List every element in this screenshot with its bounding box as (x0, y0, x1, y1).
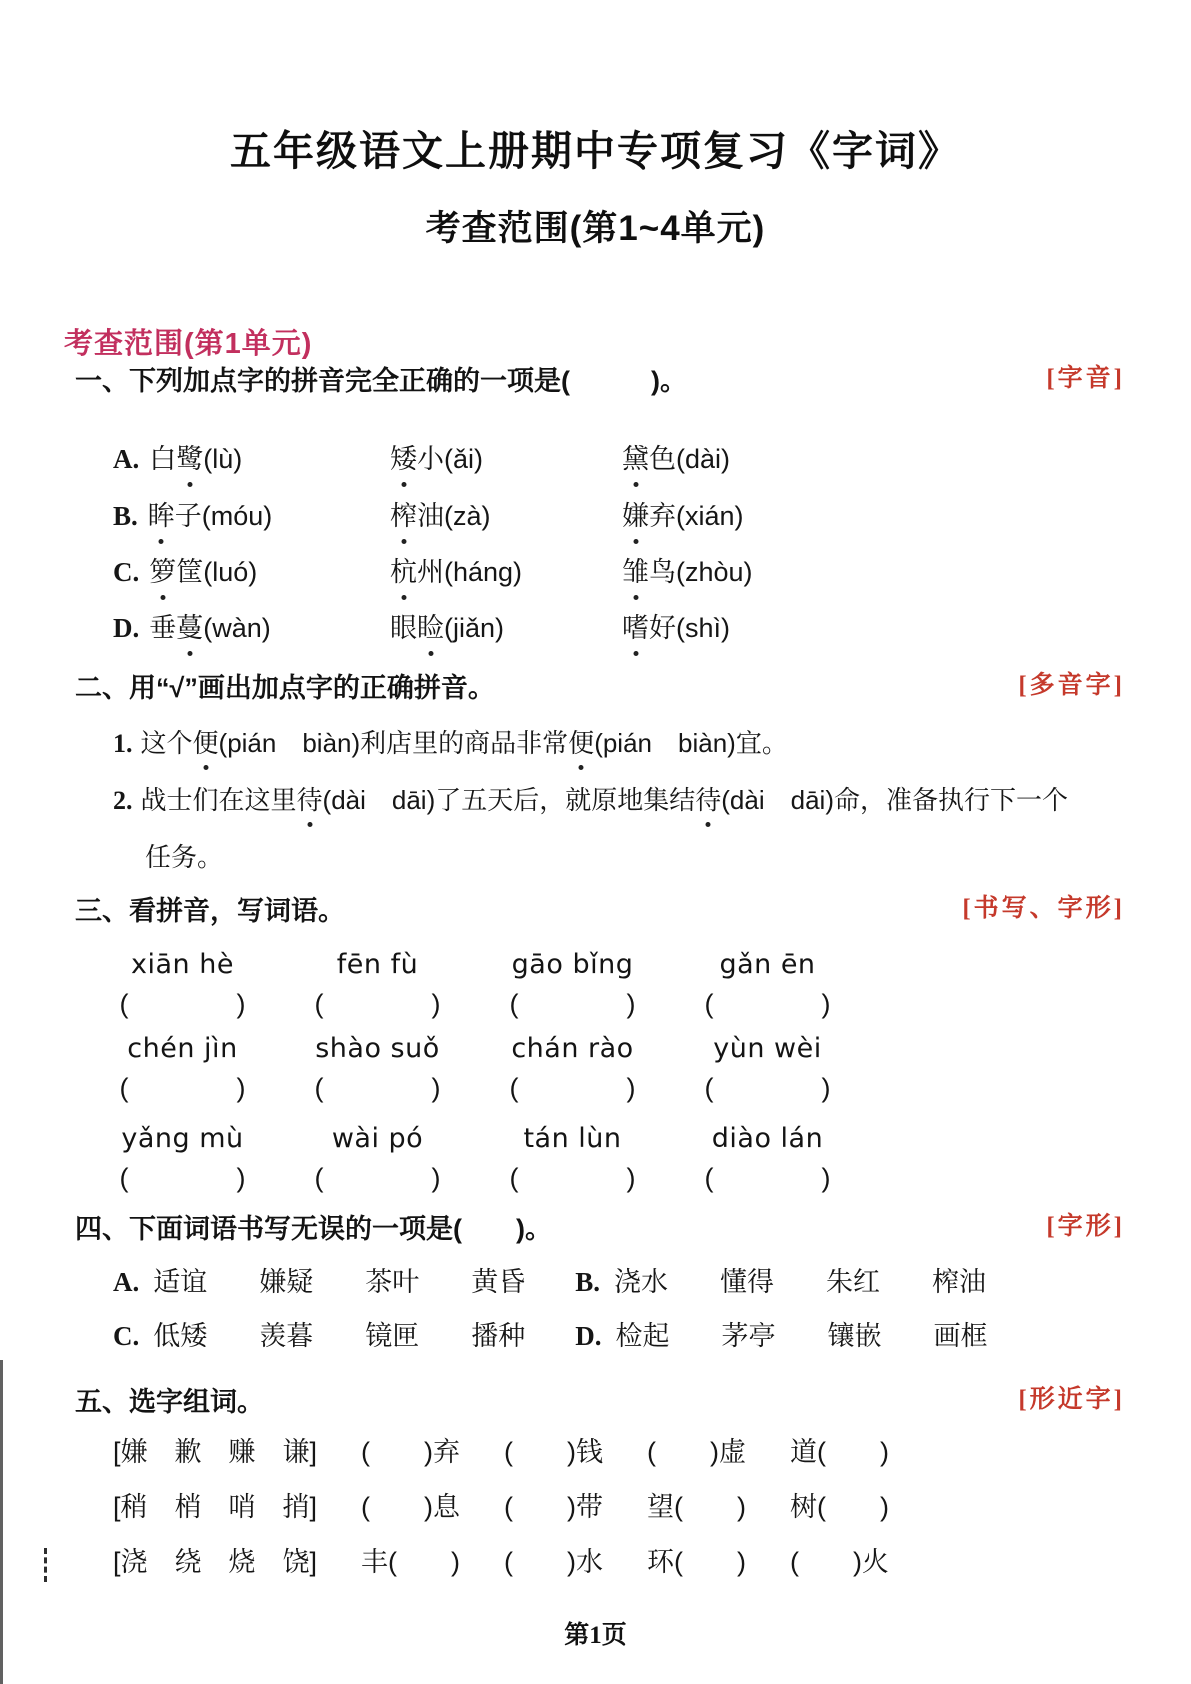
q1-cell: 榨油(zà) (390, 500, 622, 534)
option-label: C. (113, 1321, 139, 1351)
word: 黄昏 (471, 1267, 525, 1297)
option-label: D. (575, 1321, 601, 1351)
fill-blank: ( )息 (361, 1492, 460, 1522)
pinyin-label: diào lán (670, 1122, 865, 1156)
dotted-hanzi: 雏 (622, 556, 649, 590)
q5-row-2: [稍 梢 哨 捎]( )息( )带望( )树( ) (113, 1491, 889, 1525)
word: 低矮 (153, 1321, 207, 1351)
fill-blank: 环( ) (647, 1547, 746, 1577)
q4-tag: [字形] (1046, 1211, 1125, 1242)
word: 播种 (471, 1321, 525, 1351)
pinyin-label: yǎng mù (85, 1122, 280, 1156)
word: 榨油 (932, 1267, 986, 1297)
word: 适谊 (153, 1267, 207, 1297)
pinyin-answer-cell: xiān hè( ) (85, 948, 280, 1022)
q2-sentence-2: 2.战士们在这里待(dài dāi)了五天后，就原地集结待(dài dāi)命，… (113, 784, 1153, 818)
q1-cell: 眼睑(jiǎn) (390, 612, 622, 646)
pinyin-label: gāo bǐng (475, 948, 670, 982)
hanzi: 白 (149, 444, 176, 474)
dotted-hanzi: 矮 (390, 443, 417, 477)
word: 镶嵌 (828, 1321, 882, 1351)
fill-blank: 望( ) (647, 1492, 746, 1522)
q4-option-row-cd: C.低矮羡暮镜匣播种D.检起茅亭镶嵌画框 (113, 1320, 988, 1354)
pinyin-answer-cell: chén jìn( ) (85, 1032, 280, 1106)
dotted-hanzi: 嗜 (622, 612, 649, 646)
q1-cell: 矮小(ǎi) (390, 443, 622, 477)
answer-blank: ( ) (670, 1072, 865, 1106)
pinyin-answer-cell: tán lùn( ) (475, 1122, 670, 1196)
q3-stem: 三、看拼音，写词语。 (75, 895, 345, 929)
hanzi-pinyin: 油(zà) (417, 501, 491, 531)
q2-sentence-1: 1.这个便(pián biàn)利店里的商品非常便(pián biàn)宜。 (113, 727, 1153, 761)
q3-tag: [书写、字形] (962, 893, 1125, 924)
q2-tag: [多音字] (1018, 670, 1125, 701)
sentence-text: (dài dāi)了五天后，就原地集结 (323, 785, 696, 815)
option-label: D. (113, 613, 139, 643)
pinyin-answer-cell: fēn fù( ) (280, 948, 475, 1022)
page-number: 第1页 (0, 1620, 1191, 1651)
hanzi-pinyin: 鸟(zhòu) (649, 557, 753, 587)
q1-tag: [字音] (1046, 363, 1125, 394)
q1-option-row-b: B.眸子(móu) 榨油(zà) 嫌弃(xián) (113, 500, 744, 534)
word: 羡暮 (259, 1321, 313, 1351)
fill-blank: ( )火 (790, 1547, 889, 1577)
answer-blank: ( ) (85, 988, 280, 1022)
pinyin-answer-cell: yùn wèi( ) (670, 1032, 865, 1106)
fill-blank: ( )带 (504, 1492, 603, 1522)
answer-blank: ( ) (475, 988, 670, 1022)
dotted-hanzi: 榨 (390, 500, 417, 534)
pinyin-label: gǎn ēn (670, 948, 865, 982)
fill-blank: ( )水 (504, 1547, 603, 1577)
option-label: A. (113, 444, 139, 474)
option-label: B. (113, 501, 138, 531)
pinyin-label: tán lùn (475, 1122, 670, 1156)
answer-blank: ( ) (670, 1162, 865, 1196)
option-label: C. (113, 557, 139, 587)
q5-row-3: [浇 绕 烧 饶]丰( )( )水环( )( )火 (113, 1546, 889, 1580)
dotted-hanzi: 待 (297, 784, 323, 817)
pinyin-answer-cell: chán rào( ) (475, 1032, 670, 1106)
dotted-hanzi: 鹭 (176, 443, 203, 477)
pinyin-answer-cell: diào lán( ) (670, 1122, 865, 1196)
pinyin-answer-cell: yǎng mù( ) (85, 1122, 280, 1196)
fill-blank: ( )钱 (504, 1437, 603, 1467)
dotted-hanzi: 便 (193, 727, 219, 760)
hanzi-pinyin: 弃(xián) (649, 501, 744, 531)
q3-row-2: chén jìn( ) shào suǒ( ) chán rào( ) yùn … (85, 1032, 865, 1106)
dotted-hanzi: 便 (568, 727, 594, 760)
answer-blank: ( ) (670, 988, 865, 1022)
pinyin-answer-cell: gǎn ēn( ) (670, 948, 865, 1022)
pinyin-label: wài pó (280, 1122, 475, 1156)
fill-blank: 道( ) (790, 1437, 889, 1467)
pinyin-label: xiān hè (85, 948, 280, 982)
q1-cell: 雏鸟(zhòu) (622, 556, 753, 590)
sentence-number: 2. (113, 786, 133, 815)
q3-row-3: yǎng mù( ) wài pó( ) tán lùn( ) diào lán… (85, 1122, 865, 1196)
q5-tag: [形近字] (1018, 1384, 1125, 1415)
q1-option-row-d: D.垂蔓(wàn) 眼睑(jiǎn) 嗜好(shì) (113, 612, 730, 646)
fill-blank: ( )虚 (647, 1437, 746, 1467)
option-label: B. (575, 1267, 600, 1297)
q1-cell: 杭州(háng) (390, 556, 622, 590)
q1-cell: D.垂蔓(wàn) (113, 612, 390, 646)
hanzi-pinyin: (jiǎn) (444, 613, 504, 643)
dotted-hanzi: 待 (695, 784, 721, 817)
hanzi: 眼 (390, 613, 417, 643)
word: 检起 (616, 1321, 670, 1351)
q5-row-1: [嫌 歉 赚 谦]( )弃( )钱( )虚道( ) (113, 1436, 889, 1470)
word: 镜匣 (365, 1321, 419, 1351)
answer-blank: ( ) (85, 1162, 280, 1196)
word: 嫌疑 (259, 1267, 313, 1297)
pinyin-answer-cell: gāo bǐng( ) (475, 948, 670, 1022)
sentence-number: 1. (113, 729, 133, 758)
hanzi-pinyin: 色(dài) (649, 444, 730, 474)
answer-blank: ( ) (85, 1072, 280, 1106)
sentence-text: (pián biàn)宜。 (594, 728, 788, 758)
q4-stem: 四、下面词语书写无误的一项是( )。 (75, 1213, 552, 1247)
section-header: 考查范围(第1单元) (64, 326, 312, 362)
character-choices: [稍 梢 哨 捎] (113, 1491, 313, 1525)
word: 茶叶 (365, 1267, 419, 1297)
character-choices: [嫌 歉 赚 谦] (113, 1436, 313, 1470)
dotted-hanzi: 睑 (417, 612, 444, 646)
pinyin-label: chán rào (475, 1032, 670, 1066)
q1-option-row-a: A.白鹭(lù) 矮小(ǎi) 黛色(dài) (113, 443, 730, 477)
word: 朱红 (826, 1267, 880, 1297)
word: 画框 (934, 1321, 988, 1351)
margin-dash-artifact (44, 1548, 47, 1582)
word: 浇水 (614, 1267, 668, 1297)
q1-cell: 嗜好(shì) (622, 612, 730, 646)
sentence-text: (dài dāi)命，准备执行下一个 (721, 785, 1068, 815)
pinyin-label: fēn fù (280, 948, 475, 982)
sentence-text: 战士们在这里 (141, 785, 297, 815)
dotted-hanzi: 黛 (622, 443, 649, 477)
q1-cell: B.眸子(móu) (113, 500, 390, 534)
answer-blank: ( ) (475, 1162, 670, 1196)
q2-stem: 二、用“√”画出加点字的正确拼音。 (75, 672, 495, 706)
answer-blank: ( ) (280, 988, 475, 1022)
dotted-hanzi: 眸 (148, 500, 175, 534)
sentence-text: 这个 (141, 728, 193, 758)
answer-blank: ( ) (280, 1072, 475, 1106)
dotted-hanzi: 箩 (149, 556, 176, 590)
character-choices: [浇 绕 烧 饶] (113, 1546, 313, 1580)
sentence-text: (pián biàn)利店里的商品非常 (219, 728, 569, 758)
fill-blank: 树( ) (790, 1492, 889, 1522)
hanzi-pinyin: 筐(luó) (176, 557, 257, 587)
answer-blank: ( ) (280, 1162, 475, 1196)
pinyin-label: yùn wèi (670, 1032, 865, 1066)
hanzi-pinyin: (lù) (203, 444, 242, 474)
hanzi-pinyin: (wàn) (203, 613, 271, 643)
dotted-hanzi: 杭 (390, 556, 417, 590)
q1-cell: C.箩筐(luó) (113, 556, 390, 590)
word: 懂得 (720, 1267, 774, 1297)
q5-stem: 五、选字组词。 (75, 1386, 264, 1420)
q2-sentence-2-continuation: 任务。 (145, 841, 223, 874)
hanzi-pinyin: 小(ǎi) (417, 444, 483, 474)
q3-row-1: xiān hè( ) fēn fù( ) gāo bǐng( ) gǎn ēn(… (85, 948, 865, 1022)
pinyin-label: shào suǒ (280, 1032, 475, 1066)
q1-cell: 黛色(dài) (622, 443, 730, 477)
fill-blank: 丰( ) (361, 1547, 460, 1577)
answer-blank: ( ) (475, 1072, 670, 1106)
hanzi-pinyin: 子(móu) (175, 501, 273, 531)
dotted-hanzi: 嫌 (622, 500, 649, 534)
dotted-hanzi: 蔓 (176, 612, 203, 646)
q1-cell: A.白鹭(lù) (113, 443, 390, 477)
hanzi: 垂 (149, 613, 176, 643)
q4-option-row-ab: A.适谊嫌疑茶叶黄昏B.浇水懂得朱红榨油 (113, 1266, 986, 1300)
pinyin-label: chén jìn (85, 1032, 280, 1066)
page-title: 五年级语文上册期中专项复习《字词》 (0, 126, 1191, 177)
q1-stem: 一、下列加点字的拼音完全正确的一项是( )。 (75, 365, 687, 399)
q1-option-row-c: C.箩筐(luó) 杭州(háng) 雏鸟(zhòu) (113, 556, 753, 590)
pinyin-answer-cell: shào suǒ( ) (280, 1032, 475, 1106)
hanzi-pinyin: 好(shì) (649, 613, 730, 643)
option-label: A. (113, 1267, 139, 1297)
word: 茅亭 (722, 1321, 776, 1351)
fill-blank: ( )弃 (361, 1437, 460, 1467)
hanzi-pinyin: 州(háng) (417, 557, 522, 587)
pinyin-answer-cell: wài pó( ) (280, 1122, 475, 1196)
q1-cell: 嫌弃(xián) (622, 500, 744, 534)
page-subtitle: 考查范围(第1~4单元) (0, 207, 1191, 251)
